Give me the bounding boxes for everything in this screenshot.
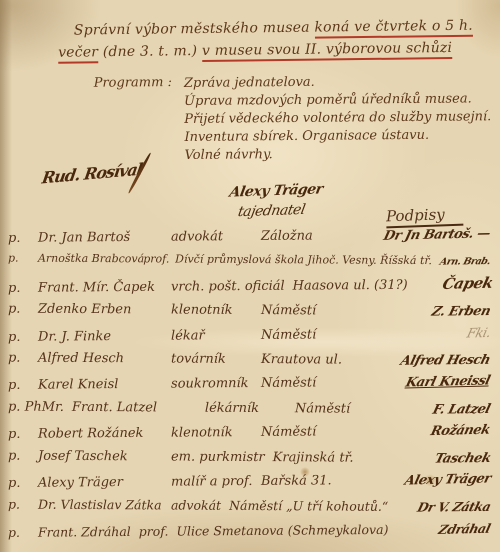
- row-prefix: p.: [8, 525, 30, 540]
- agenda-item: Přijetí vědeckého volontéra do služby mu…: [184, 108, 491, 129]
- meeting-notice: Správní výbor městského musea koná ve čt…: [74, 15, 494, 64]
- attendee-signature: F. Latzel: [431, 402, 496, 418]
- row-prefix: p.: [8, 329, 30, 344]
- attendee-role: prof.: [143, 253, 167, 266]
- attendee-name: Dr. J. Finke: [38, 328, 163, 344]
- agenda-section: Programm : Zpráva jednatelova. Úprava mz…: [94, 72, 492, 165]
- attendee-row: p. Zdenko Erben klenotník Náměstí Z. Erb…: [8, 302, 494, 320]
- attendee-role: klenotník: [171, 303, 253, 319]
- attendee-role: advokát: [171, 229, 253, 245]
- notice-text: Správní výbor městského musea: [74, 20, 315, 39]
- attendee-role: lékárník: [205, 401, 287, 417]
- attendee-row: p. Dr. Jan Bartoš advokát Záložna Dr Jn …: [8, 227, 494, 246]
- attendee-name: Josef Taschek: [38, 448, 163, 464]
- row-prefix: p.: [8, 497, 30, 512]
- attendee-row: p. Josef Taschek em. purkmistr Krajinská…: [8, 448, 494, 466]
- chairman-signature: Rud. Rosíval: [41, 159, 144, 187]
- notice-underlined-text: koná ve čtvrtek o 5 h.: [314, 18, 473, 39]
- attendee-role: továrník: [171, 352, 253, 368]
- attendee-address: Náměstí: [261, 425, 316, 440]
- attendee-signature: Dr V. Zátka: [416, 499, 496, 515]
- agenda-label: Programm :: [94, 75, 173, 165]
- attendee-name: Karel Kneisl: [38, 377, 163, 393]
- attendee-signature: Čapek: [441, 273, 499, 292]
- attendee-signature: Fki.: [465, 325, 496, 341]
- attendee-signature: Taschek: [433, 451, 496, 467]
- attendee-row: p. Alfred Hesch továrník Krautova ul. Al…: [8, 351, 494, 369]
- attendee-row: p. Karel Kneisl soukromník Náměstí Karl …: [8, 375, 494, 394]
- attendee-address: Náměstí: [295, 401, 350, 416]
- attendee-name: Frant. Mír. Čapek: [38, 280, 163, 296]
- attendee-address: Krautova ul.: [261, 352, 342, 367]
- attendee-name: Alexy Träger: [38, 475, 163, 491]
- attendee-row: p. Robert Rožánek klenotník Náměstí Rožá…: [8, 423, 494, 442]
- attendee-signature: Alfred Hesch: [399, 353, 496, 369]
- row-prefix: p.: [8, 281, 30, 296]
- row-prefix: p.: [8, 378, 30, 393]
- attendee-signature: Arn. Brab.: [438, 256, 495, 268]
- attendee-row: p. Frant. Mír. Čapek vrch. pošt. oficiál…: [8, 274, 494, 296]
- attendee-address: Krajinská tř.: [273, 450, 354, 465]
- attendee-role: lékař: [171, 328, 253, 344]
- attendee-signature: Rožánek: [430, 423, 496, 440]
- attendee-name: Frant. Latzel: [72, 400, 197, 416]
- agenda-items: Zpráva jednatelova. Úprava mzdových pomě…: [184, 72, 492, 164]
- attendee-signature: Zdráhal: [437, 520, 496, 536]
- attendee-address: Náměstí „U tří kohoutů.“: [229, 498, 388, 514]
- attendee-signature: Dr Jn Bartoš. —: [382, 226, 496, 244]
- row-prefix: p.: [8, 448, 30, 463]
- secretary-signature: Alexy Träger: [228, 180, 324, 203]
- attendee-address: Náměstí: [261, 327, 316, 342]
- attendee-name: Dr. Vlastislav Zátka: [38, 497, 163, 513]
- attendee-name: Dr. Jan Bartoš: [38, 230, 163, 246]
- attendee-role: prof.: [139, 524, 169, 539]
- attendee-role: klenotník: [171, 425, 253, 441]
- attendee-signature: Karl Kneissl: [404, 374, 496, 391]
- notice-underlined-text: večer: [58, 44, 98, 63]
- attendee-role: soukromník: [171, 376, 253, 392]
- attendee-name: Frant. Zdráhal: [38, 524, 131, 540]
- agenda-item: Volné návrhy.: [184, 144, 491, 165]
- row-prefix: p.: [8, 351, 30, 366]
- row-prefix: p.: [8, 302, 30, 317]
- attendee-row: p. Alexy Träger malíř a prof. Bařská 31.…: [8, 472, 494, 491]
- attendee-role: malíř a prof.: [171, 474, 253, 490]
- row-prefix: p. PhMr.: [8, 399, 64, 414]
- attendee-row: p. Frant. Zdráhal prof. Ulice Smetanova …: [8, 521, 494, 540]
- notice-underlined-text: v museu svou II. výborovou schůzi: [202, 40, 452, 62]
- secretary-signature-block: Alexy Träger tajednatel: [224, 180, 324, 222]
- row-prefix: p.: [8, 476, 30, 491]
- attendee-row: p. Dr. Vlastislav Zátka advokát Náměstí …: [8, 497, 494, 515]
- notice-text: (dne 3. t. m.): [98, 43, 202, 60]
- row-prefix: p.: [8, 252, 30, 265]
- attendee-role: advokát: [171, 498, 221, 513]
- attendee-role: vrch. pošt. oficiál: [171, 279, 285, 295]
- row-prefix: p.: [8, 427, 30, 442]
- attendee-signature: Z. Erben: [430, 304, 496, 320]
- attendee-address: Dívčí průmyslová škola Jihoč. Vesny. Říš…: [175, 253, 432, 268]
- attendee-list: p. Dr. Jan Bartoš advokát Záložna Dr Jn …: [8, 229, 494, 538]
- attendee-address: Náměstí: [261, 376, 316, 391]
- notice-line-2: večer (dne 3. t. m.) v museu svou II. vý…: [58, 37, 494, 64]
- attendee-name: Zdenko Erben: [38, 302, 163, 318]
- row-prefix: p.: [8, 231, 30, 246]
- signatures-heading: Podpisy: [386, 205, 463, 226]
- attendee-name: Arnoštka Brabcová: [38, 252, 135, 266]
- attendee-name: Robert Rožánek: [38, 426, 163, 442]
- attendee-signature: Alexy Träger: [403, 471, 496, 488]
- attendee-row: p. PhMr. Frant. Latzel lékárník Náměstí …: [8, 399, 494, 417]
- attendee-address: Haasova ul. (31?): [293, 278, 408, 294]
- manuscript-page: Správní výbor městského musea koná ve čt…: [0, 0, 500, 552]
- attendee-address: Záložna: [261, 229, 313, 244]
- attendee-address: Bařská 31.: [261, 473, 332, 489]
- attendee-address: Ulice Smetanova (Schmeykalova): [176, 522, 388, 539]
- attendee-row: p. Dr. J. Finke lékař Náměstí Fki.: [8, 326, 494, 345]
- attendee-role: em. purkmistr: [171, 449, 265, 465]
- attendee-row: p. Arnoštka Brabcová prof. Dívčí průmysl…: [8, 252, 494, 268]
- attendee-address: Náměstí: [261, 303, 316, 318]
- secretary-title: tajednatel: [236, 200, 320, 222]
- attendee-name: Alfred Hesch: [38, 351, 163, 367]
